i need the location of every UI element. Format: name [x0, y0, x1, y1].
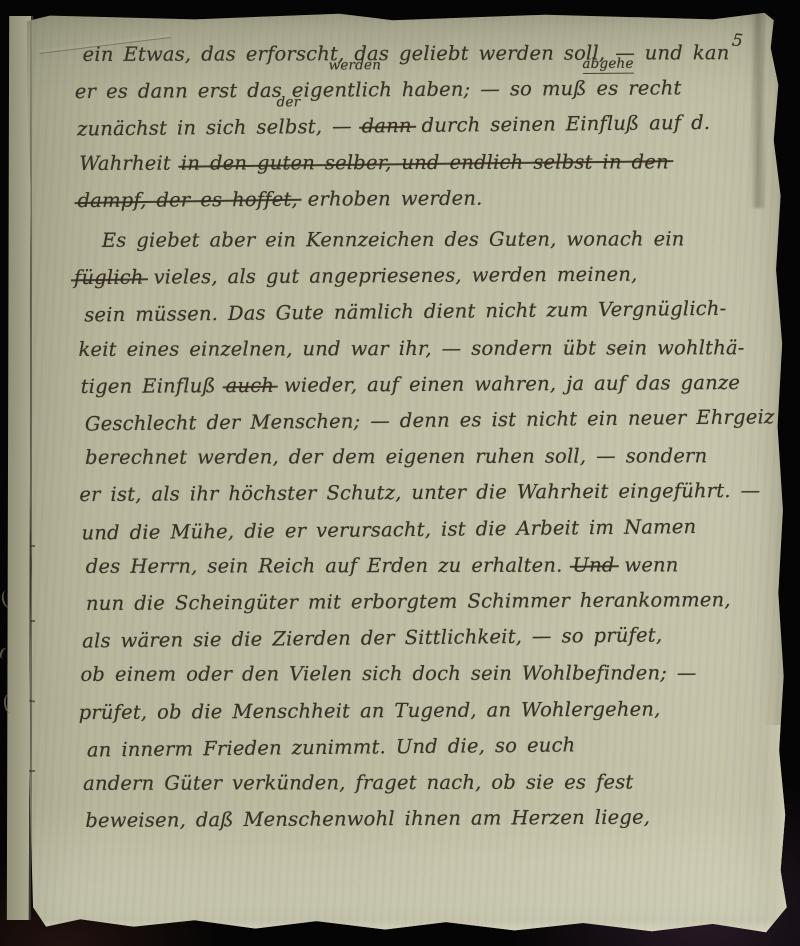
handwriting-text: ob einem oder den Vielen sich doch sein … [80, 662, 696, 687]
scan-background: 5 ein Etwas, das erforscht, das geliebt … [0, 0, 800, 946]
manuscript-line: ob einem oder den Vielen sich doch sein … [80, 656, 746, 694]
interlinear-insertion: werden [329, 59, 382, 73]
manuscript-line: beweisen, daß Menschenwohl ihnen am Herz… [85, 799, 747, 839]
handwriting-text: Es giebet aber ein Kennzeichen des Guten… [102, 227, 685, 252]
deckled-bottom-edge [27, 919, 789, 935]
manuscript-line: sein müssen. Das Gute nämlich dient nich… [84, 291, 744, 334]
handwriting-text: erhoben werden. [298, 186, 483, 210]
struck-text: Und [572, 553, 614, 576]
manuscript-line: füglich vieles, als gut angepriesenes, w… [74, 256, 744, 296]
text-block: ein Etwas, das erforscht, das geliebt we… [83, 34, 748, 839]
manuscript-line: keit eines einzelnen, und war ihr, — son… [78, 330, 744, 368]
handwriting-text: keit eines einzelnen, und war ihr, — son… [78, 336, 744, 361]
struck-text: füglich [74, 266, 144, 289]
handwriting-text: wenn [614, 553, 678, 576]
manuscript-line: er ist, als ihr höchster Schutz, unter d… [79, 473, 745, 513]
handwriting-text: als wären sie die Zierden der Sittlichke… [82, 624, 662, 653]
manuscript-line: prüfet, ob die Menschheit an Tugend, an … [79, 691, 747, 731]
struck-text: dann [362, 114, 412, 138]
manuscript-line: tigen Einfluß auch wieder, auf einen wah… [81, 365, 745, 405]
handwriting-text: wieder, auf einen wahren, ja auf das gan… [274, 371, 740, 397]
interlinear-insertion: der [277, 97, 301, 111]
manuscript-line: Geschlecht der Menschen; — denn es ist n… [85, 400, 745, 443]
handwriting-text: sein müssen. Das Gute nämlich dient nich… [84, 297, 726, 327]
handwriting-text: durch seinen Einfluß auf d. [412, 111, 711, 137]
struck-text: in den guten selber, und endlich selbst … [181, 150, 669, 174]
handwriting-text: beweisen, daß Menschenwohl ihnen am Herz… [85, 806, 650, 832]
struck-text: dampf, der es hoffet, [77, 188, 297, 212]
manuscript-line: und die Mühe, die er verursacht, ist die… [81, 508, 745, 551]
handwriting-text: andern Güter verkünden, fraget nach, ob … [83, 770, 633, 794]
manuscript-line: berechnet werden, der dem eigenen ruhen … [85, 438, 745, 476]
handwriting-text: Geschlecht der Menschen; — denn es ist n… [85, 405, 775, 435]
interlinear-insertion: abgehe [582, 58, 633, 74]
struck-text: auch [226, 374, 275, 397]
manuscript-line: nun die Scheingüter mit erborgtem Schimm… [86, 582, 746, 622]
handwriting-text: Wahrheit [79, 151, 181, 174]
deckled-right-edge [763, 725, 789, 935]
ink-bleed-mark [3, 693, 16, 713]
handwriting-text: an innerm Frieden zunimmt. Und die, so e… [87, 733, 576, 761]
paragraph: ein Etwas, das erforscht, das geliebt we… [83, 34, 744, 219]
handwriting-text: tigen Einfluß [81, 374, 226, 398]
handwriting-text: vieles, als gut angepriesenes, werden me… [144, 263, 638, 289]
manuscript-page: 5 ein Etwas, das erforscht, das geliebt … [27, 11, 789, 935]
handwriting-text: und die Mühe, die er verursacht, ist die… [81, 515, 696, 544]
handwriting-text: er es dann erst das eigentlich haben; — … [75, 77, 682, 104]
handwriting-text: berechnet werden, der dem eigenen ruhen … [85, 444, 707, 469]
binding-crease [30, 19, 32, 923]
handwriting-text: des Herrn, sein Reich auf Erden zu erhal… [86, 553, 573, 577]
page-edge-shadow [750, 13, 765, 208]
handwriting-text: nun die Scheingüter mit erborgtem Schimm… [86, 588, 731, 615]
paragraph: Es giebet aber ein Kennzeichen des Guten… [84, 220, 748, 839]
manuscript-line: andern Güter verkünden, fraget nach, ob … [83, 764, 747, 802]
manuscript-line: zunächst in sich selbst, — dann durch se… [77, 105, 743, 148]
manuscript-line: dampf, der es hoffet, erhoben werden. [77, 179, 743, 219]
manuscript-line: Wahrheit in den guten selber, und endlic… [79, 144, 743, 182]
handwriting-text: zunächst in sich selbst, — [77, 115, 362, 141]
manuscript-line: als wären sie die Zierden der Sittlichke… [82, 617, 746, 660]
manuscript-line: des Herrn, sein Reich auf Erden zu erhal… [86, 547, 746, 585]
manuscript-line: ein Etwas, das erforscht, das geliebt we… [83, 35, 743, 73]
handwriting-text: er ist, als ihr höchster Schutz, unter d… [79, 479, 760, 506]
manuscript-line: an innerm Frieden zunimmt. Und die, so e… [87, 725, 747, 768]
manuscript-line: Es giebet aber ein Kennzeichen des Guten… [84, 221, 744, 259]
handwriting-text: prüfet, ob die Menschheit an Tugend, an … [79, 697, 661, 724]
manuscript-line: er es dann erst das eigentlich haben; — … [75, 70, 743, 110]
underlying-page-edge [7, 16, 33, 920]
